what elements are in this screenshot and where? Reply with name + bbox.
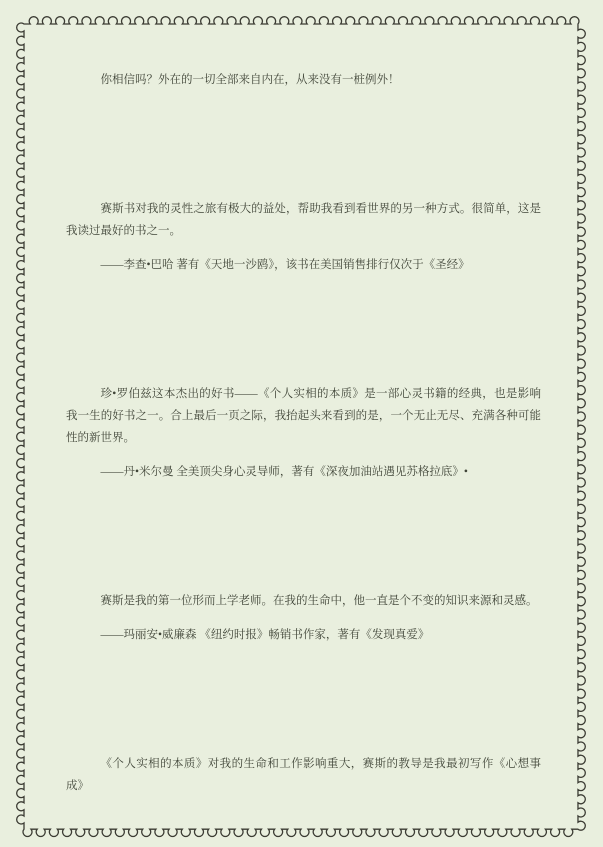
testimonial-block: 《个人实相的本质》对我的生命和工作影响重大，赛斯的教导是我最初写作《心想事成》 [66,753,541,797]
testimonial-quote: 珍•罗伯兹这本杰出的好书——《个人实相的本质》是一部心灵书籍的经典，也是影响我一… [66,383,541,449]
book-page: 你相信吗？外在的一切全部来自内在，从来没有一桩例外！ 赛斯书对我的灵性之旅有极大… [0,0,603,847]
testimonial-quote: 赛斯是我的第一位形而上学老师。在我的生命中，他一直是个不变的知识来源和灵感。 [66,590,541,612]
testimonial-quote: 赛斯书对我的灵性之旅有极大的益处，帮助我看到看世界的另一种方式。很简单，这是我读… [66,198,541,242]
page-content: 你相信吗？外在的一切全部来自内在，从来没有一桩例外！ 赛斯书对我的灵性之旅有极大… [66,0,541,797]
testimonial-attribution: ——李查•巴哈 著有《天地一沙鸥》，该书在美国销售排行仅次于《圣经》 [66,254,541,276]
epigraph-quote: 你相信吗？外在的一切全部来自内在，从来没有一桩例外！ [66,69,541,91]
testimonial-attribution: ——丹•米尔曼 全美顶尖身心灵导师，著有《深夜加油站遇见苏格拉底》• [66,461,541,483]
testimonial-quote: 《个人实相的本质》对我的生命和工作影响重大，赛斯的教导是我最初写作《心想事成》 [66,753,541,797]
testimonial-attribution: ——玛丽安•威廉森 《纽约时报》畅销书作家，著有《发现真爱》 [66,624,541,646]
testimonial-block: 赛斯书对我的灵性之旅有极大的益处，帮助我看到看世界的另一种方式。很简单，这是我读… [66,198,541,276]
testimonial-block: 珍•罗伯兹这本杰出的好书——《个人实相的本质》是一部心灵书籍的经典，也是影响我一… [66,383,541,483]
testimonial-block: 赛斯是我的第一位形而上学老师。在我的生命中，他一直是个不变的知识来源和灵感。 —… [66,590,541,646]
